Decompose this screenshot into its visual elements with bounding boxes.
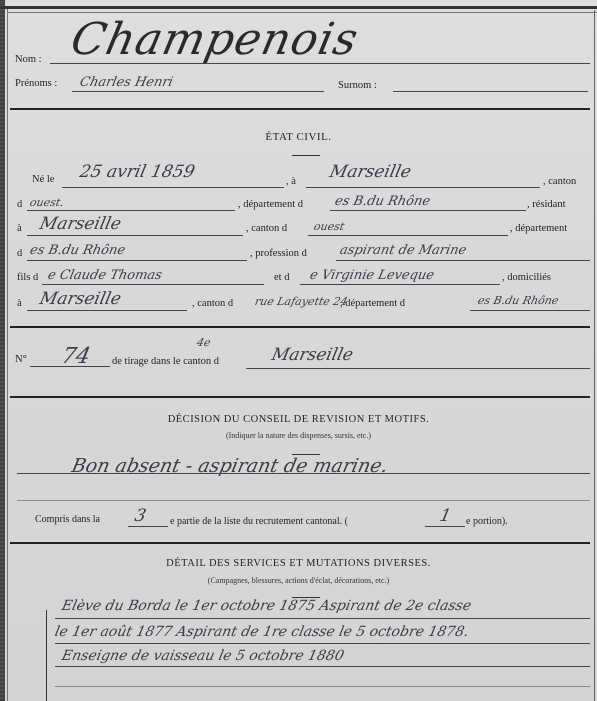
a-line [306,187,540,188]
residant-prefix: à [17,223,22,234]
canton2-label: , canton d [246,223,287,234]
tirage-canton-value: Marseille [270,345,355,365]
services-margin-bar [46,610,47,701]
services-subheading: (Campagnes, blessures, actions d'éclat, … [0,576,597,585]
decision-heading: DÉCISION DU CONSEIL DE REVISION ET MOTIF… [0,414,597,425]
canton2-line [308,235,508,236]
domicilies-value: Marseille [38,289,123,309]
compris-label-before: Compris dans la [35,514,100,525]
departement2-label: , département [510,223,567,234]
canton-line [27,210,235,211]
decision-line-1 [17,473,590,474]
canton-value: ouest. [29,196,66,209]
tirage-separator [10,396,590,398]
residant-label: , résidant [527,199,566,210]
services-line-1: Elève du Borda le 1er octobre 1875 Aspir… [60,598,472,614]
compris-label-after: e portion). [466,516,508,527]
prenoms-value: Charles Henri [78,75,174,90]
de-tirage-label: de tirage dans le canton d [112,356,219,367]
page-top-border-thin [8,12,597,13]
canton-annotation: 4e [196,336,212,349]
departement2-prefix: d [17,248,22,259]
compris-partie-line [128,526,168,527]
compris-separator [10,542,590,544]
canton2-value: ouest [313,220,346,233]
services-rule-3 [55,666,590,667]
domicilies-label: , domiciliés [502,272,551,283]
canton-label: , canton [543,176,576,187]
nom-line [50,63,590,64]
etat-civil-heading: ÉTAT CIVIL. [0,131,597,143]
fils-line [42,284,264,285]
compris-portion-value: 1 [438,506,453,526]
canton3-label: , canton d [192,298,233,309]
residant-line [27,235,243,236]
nom-label: Nom : [15,54,42,65]
departement2-line [27,260,247,261]
heading-dash [292,155,320,156]
departement-line [330,210,526,211]
document-page: Champenois Nom : Prénoms : Charles Henri… [0,0,597,701]
profession-label: , profession d [250,248,307,259]
services-heading: DÉTAIL DES SERVICES ET MUTATIONS DIVERSE… [0,558,597,569]
departement-value: es B.du Rhône [333,194,431,209]
departement3-value: es B.du Rhône [477,294,560,307]
prenoms-line [72,91,324,92]
nom-value: Champenois [67,14,363,65]
surnom-label: Surnom : [338,80,377,91]
departement3-label: , département d [340,298,405,309]
services-line-3: Enseigne de vaisseau le 5 octobre 1880 [60,648,345,664]
decision-line-2 [17,500,590,501]
a-value: Marseille [328,162,413,182]
ne-le-line [62,187,284,188]
page-left-border-inner [7,8,8,701]
profession-line [336,260,590,261]
fils-label: fils d [17,272,38,283]
compris-partie-value: 3 [133,506,148,526]
domicilies-line [27,310,187,311]
tirage-canton-line [246,368,590,369]
et-d-line [300,284,500,285]
services-rule-1 [55,618,590,619]
compris-portion-line [425,526,465,527]
residant-value: Marseille [38,214,123,234]
decision-subheading: (Indiquer la nature des dispenses, sursi… [0,431,597,440]
ne-le-label: Né le [32,174,54,185]
surnom-line [393,91,588,92]
services-line-2: le 1er août 1877 Aspirant de 1re classe … [53,624,470,640]
compris-label-middle: e partie de la liste du recrutement cant… [170,516,348,527]
ne-le-value: 25 avril 1859 [78,162,197,182]
domicilies-prefix: à [17,298,22,309]
etat-civil-separator [10,326,590,328]
services-rule-4 [55,686,590,687]
page-right-edge [594,10,595,701]
departement3-line [470,310,590,311]
et-d-value: e Virginie Leveque [308,268,435,283]
et-d-label: et d [274,272,289,283]
departement-label: , département d [238,199,303,210]
tirage-no-label: N° [15,354,27,365]
services-rule-2 [55,643,590,644]
canton-prefix: d [17,199,22,210]
fils-value: e Claude Thomas [46,268,163,283]
page-top-border [0,6,597,9]
departement2-value: es B.du Rhône [28,243,126,258]
a-label: , à [286,176,296,187]
canton3-value: rue Lafayette 24 [254,295,349,308]
profession-value: aspirant de Marine [338,243,467,258]
page-left-border [0,0,5,701]
prenoms-label: Prénoms : [15,78,57,89]
identity-separator [10,108,590,110]
tirage-no-line [30,366,110,367]
